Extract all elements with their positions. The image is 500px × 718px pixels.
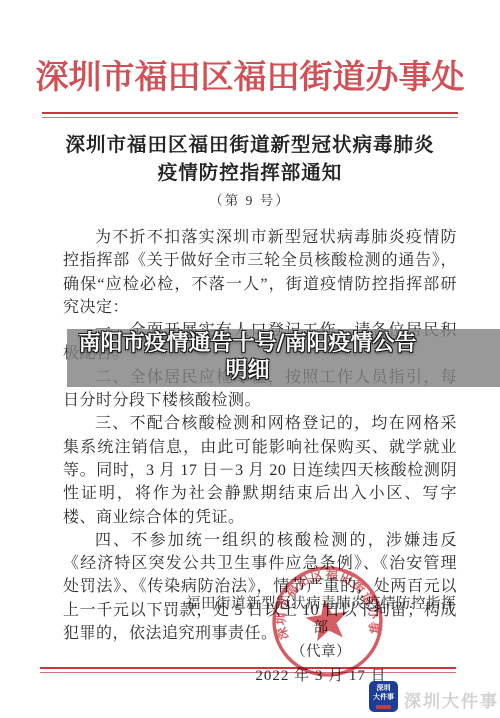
news-app-logo-line2: 大件事	[369, 693, 398, 702]
notice-issue-number: （第 9 号）	[0, 189, 500, 209]
caption-line1: 南阳市疫情通告十号/南阳疫情公告	[67, 330, 428, 357]
news-app-logo-line1: 深圳	[369, 684, 398, 693]
agency-masthead-title: 深圳市福田区福田街道办事处	[0, 60, 500, 96]
caption-overlay-text: 南阳市疫情通告十号/南阳疫情公告 明细	[67, 330, 500, 384]
paragraph-item-3: 三、不配合核酸检测和网格登记的，均在网格采集系统注销信息，由此可能影响社保购买、…	[63, 412, 457, 528]
official-seal: 深圳市福田区福田街道办事处	[256, 550, 399, 693]
notice-title: 深圳市福田区福田街道新型冠状病毒肺炎 疫情防控指挥部通知	[0, 132, 500, 188]
notice-title-line1: 深圳市福田区福田街道新型冠状病毒肺炎	[0, 132, 500, 160]
news-app-logo-icon: 深圳 大件事	[369, 681, 398, 712]
masthead-divider-rule	[42, 112, 458, 118]
news-app-logo-red-bar-icon	[376, 705, 391, 709]
star-icon	[304, 597, 351, 643]
watermark-label: 深圳大件事	[404, 687, 499, 712]
scanned-notice-page: 深圳市福田区福田街道办事处 深圳市福田区福田街道新型冠状病毒肺炎 疫情防控指挥部…	[0, 0, 500, 718]
caption-overlay-band: 南阳市疫情通告十号/南阳疫情公告 明细	[67, 329, 500, 387]
paragraph-intro: 为不折不扣落实深圳市新型冠状病毒肺炎疫情防控指挥部《关于做好全市三轮全员核酸检测…	[63, 226, 457, 319]
caption-line2: 明细	[67, 357, 428, 384]
notice-title-line2: 疫情防控指挥部通知	[0, 160, 500, 188]
news-app-logo-text: 深圳 大件事	[369, 684, 398, 701]
